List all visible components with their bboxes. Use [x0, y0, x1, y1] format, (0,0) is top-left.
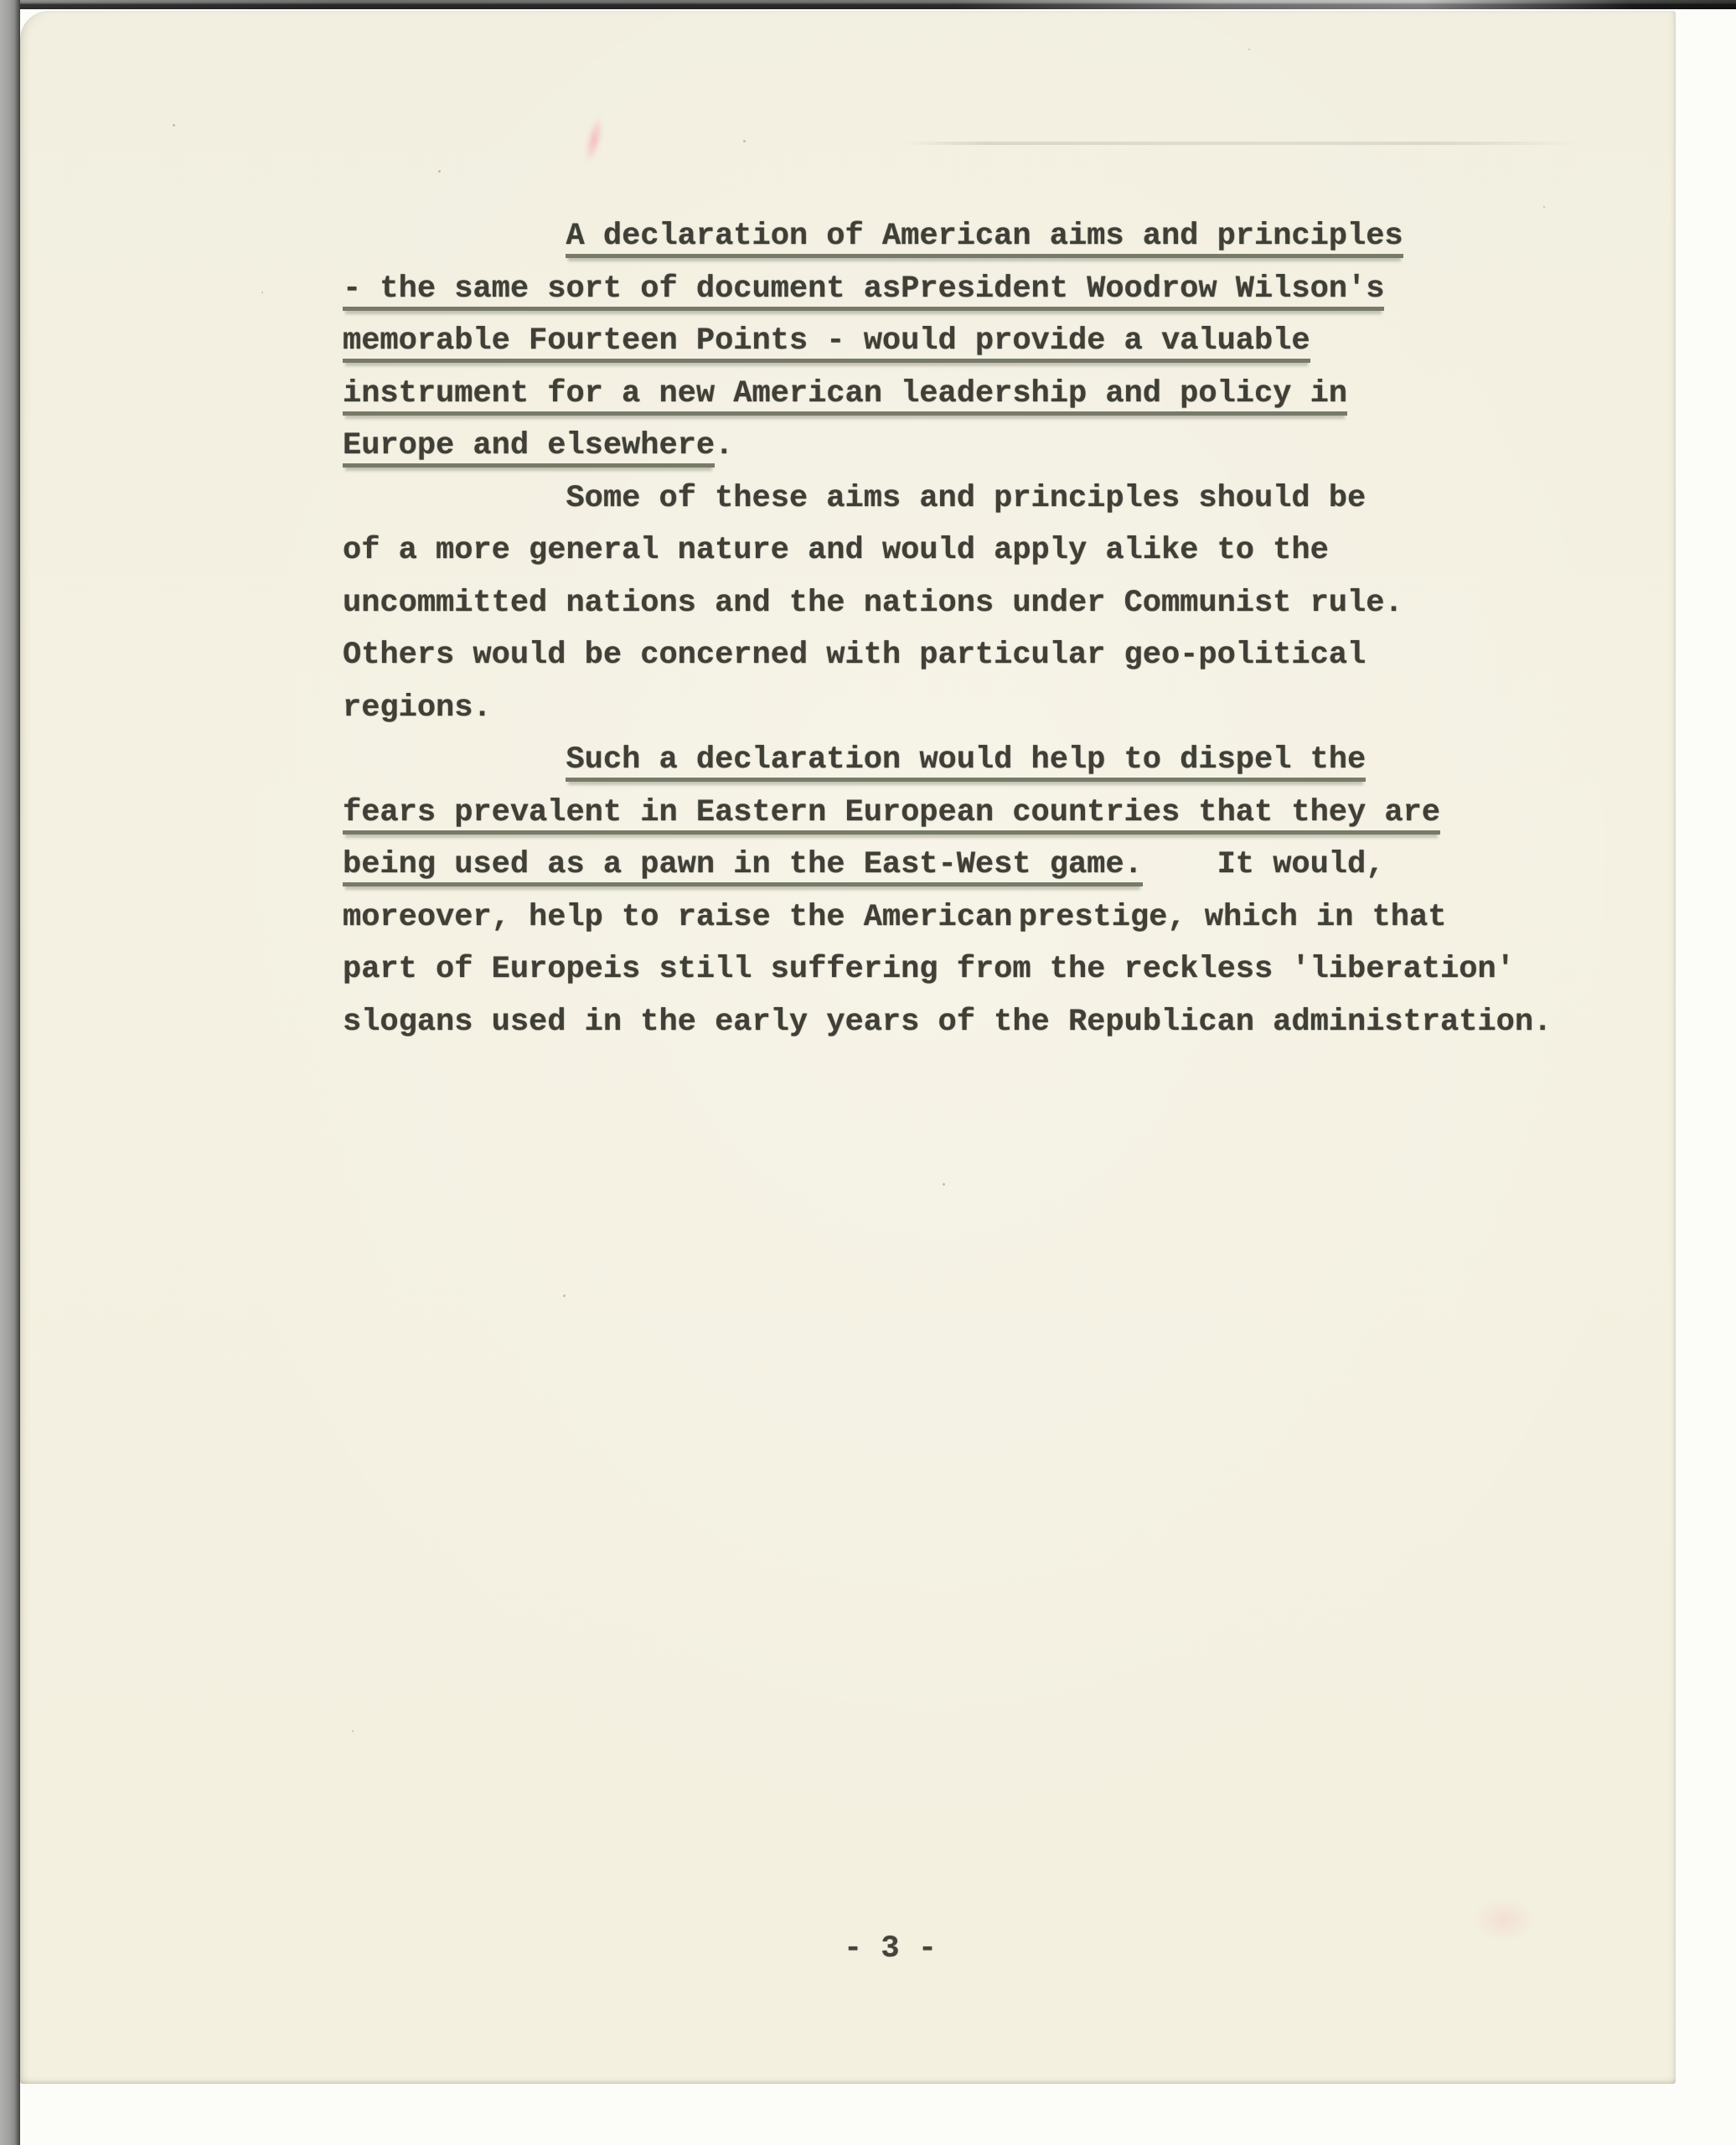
paper-speck: [261, 292, 263, 293]
pink-smudge: [1471, 1899, 1537, 1941]
underlined-text: Such a declaration would help to dispel …: [566, 742, 1366, 782]
typed-line: Others would be concerned with particula…: [343, 629, 1552, 682]
typed-line: fears prevalent in Eastern European coun…: [343, 787, 1552, 840]
typed-text-segment: .: [715, 428, 733, 463]
typed-text-segment: moreover, help to raise the American pre…: [343, 900, 1446, 935]
typed-line: - the same sort of document asPresident …: [343, 263, 1552, 316]
typed-line: part of Europeis still suffering from th…: [343, 943, 1552, 996]
typed-line: Such a declaration would help to dispel …: [343, 734, 1552, 787]
typed-text-segment: Some of these aims and principles should…: [566, 481, 1366, 516]
underlined-text: Europe and elsewhere: [343, 428, 715, 468]
underlined-text: fears prevalent in Eastern European coun…: [343, 795, 1440, 835]
typed-text-segment: [343, 481, 566, 516]
typed-text-segment: [343, 742, 566, 778]
underlined-text: - the same sort of document asPresident …: [343, 271, 1384, 311]
typed-text-segment: slogans used in the early years of the R…: [343, 1005, 1552, 1040]
paper-speck: [173, 124, 175, 127]
typed-text-segment: regions.: [343, 690, 492, 726]
underlined-text: instrument for a new American leadership…: [343, 376, 1347, 416]
underlined-text: A declaration of American aims and princ…: [566, 219, 1403, 258]
underlined-text: memorable Fourteen Points - would provid…: [343, 323, 1310, 363]
typed-text-segment: uncommitted nations and the nations unde…: [343, 586, 1403, 621]
scanner-edge-left: [0, 0, 20, 2145]
typed-text-segment: Others would be concerned with particula…: [343, 638, 1366, 673]
paper-speck: [743, 140, 746, 142]
typed-line: uncommitted nations and the nations unde…: [343, 577, 1552, 630]
paper-speck: [943, 1183, 945, 1186]
typed-text-segment: part of Europeis still suffering from th…: [343, 952, 1515, 987]
typed-text-block: A declaration of American aims and princ…: [343, 210, 1552, 1048]
underlined-text: being used as a pawn in the East-West ga…: [343, 847, 1143, 886]
typed-line: Some of these aims and principles should…: [343, 473, 1552, 525]
typed-line: Europe and elsewhere.: [343, 420, 1552, 473]
typed-line: moreover, help to raise the American pre…: [343, 892, 1552, 944]
paper-speck: [438, 170, 441, 173]
typed-line: slogans used in the early years of the R…: [343, 996, 1552, 1049]
paper-speck: [563, 1295, 566, 1297]
paper-speck: [1543, 206, 1545, 208]
typed-line: regions.: [343, 682, 1552, 735]
scanned-page: A declaration of American aims and princ…: [0, 0, 1736, 2145]
typed-text-segment: [343, 219, 566, 254]
typed-line: instrument for a new American leadership…: [343, 368, 1552, 421]
typed-line: A declaration of American aims and princ…: [343, 210, 1552, 263]
crease-line: [903, 142, 1584, 145]
typed-text-segment: of a more general nature and would apply…: [343, 533, 1329, 568]
page-number: - 3 -: [844, 1930, 937, 1967]
typed-line: of a more general nature and would apply…: [343, 525, 1552, 577]
paper-speck: [1248, 49, 1250, 50]
paper-speck: [352, 1730, 354, 1732]
typed-line: memorable Fourteen Points - would provid…: [343, 315, 1552, 368]
scanner-edge-top: [0, 0, 1736, 9]
typed-text-segment: It would,: [1143, 847, 1385, 882]
typed-line: being used as a pawn in the East-West ga…: [343, 839, 1552, 892]
